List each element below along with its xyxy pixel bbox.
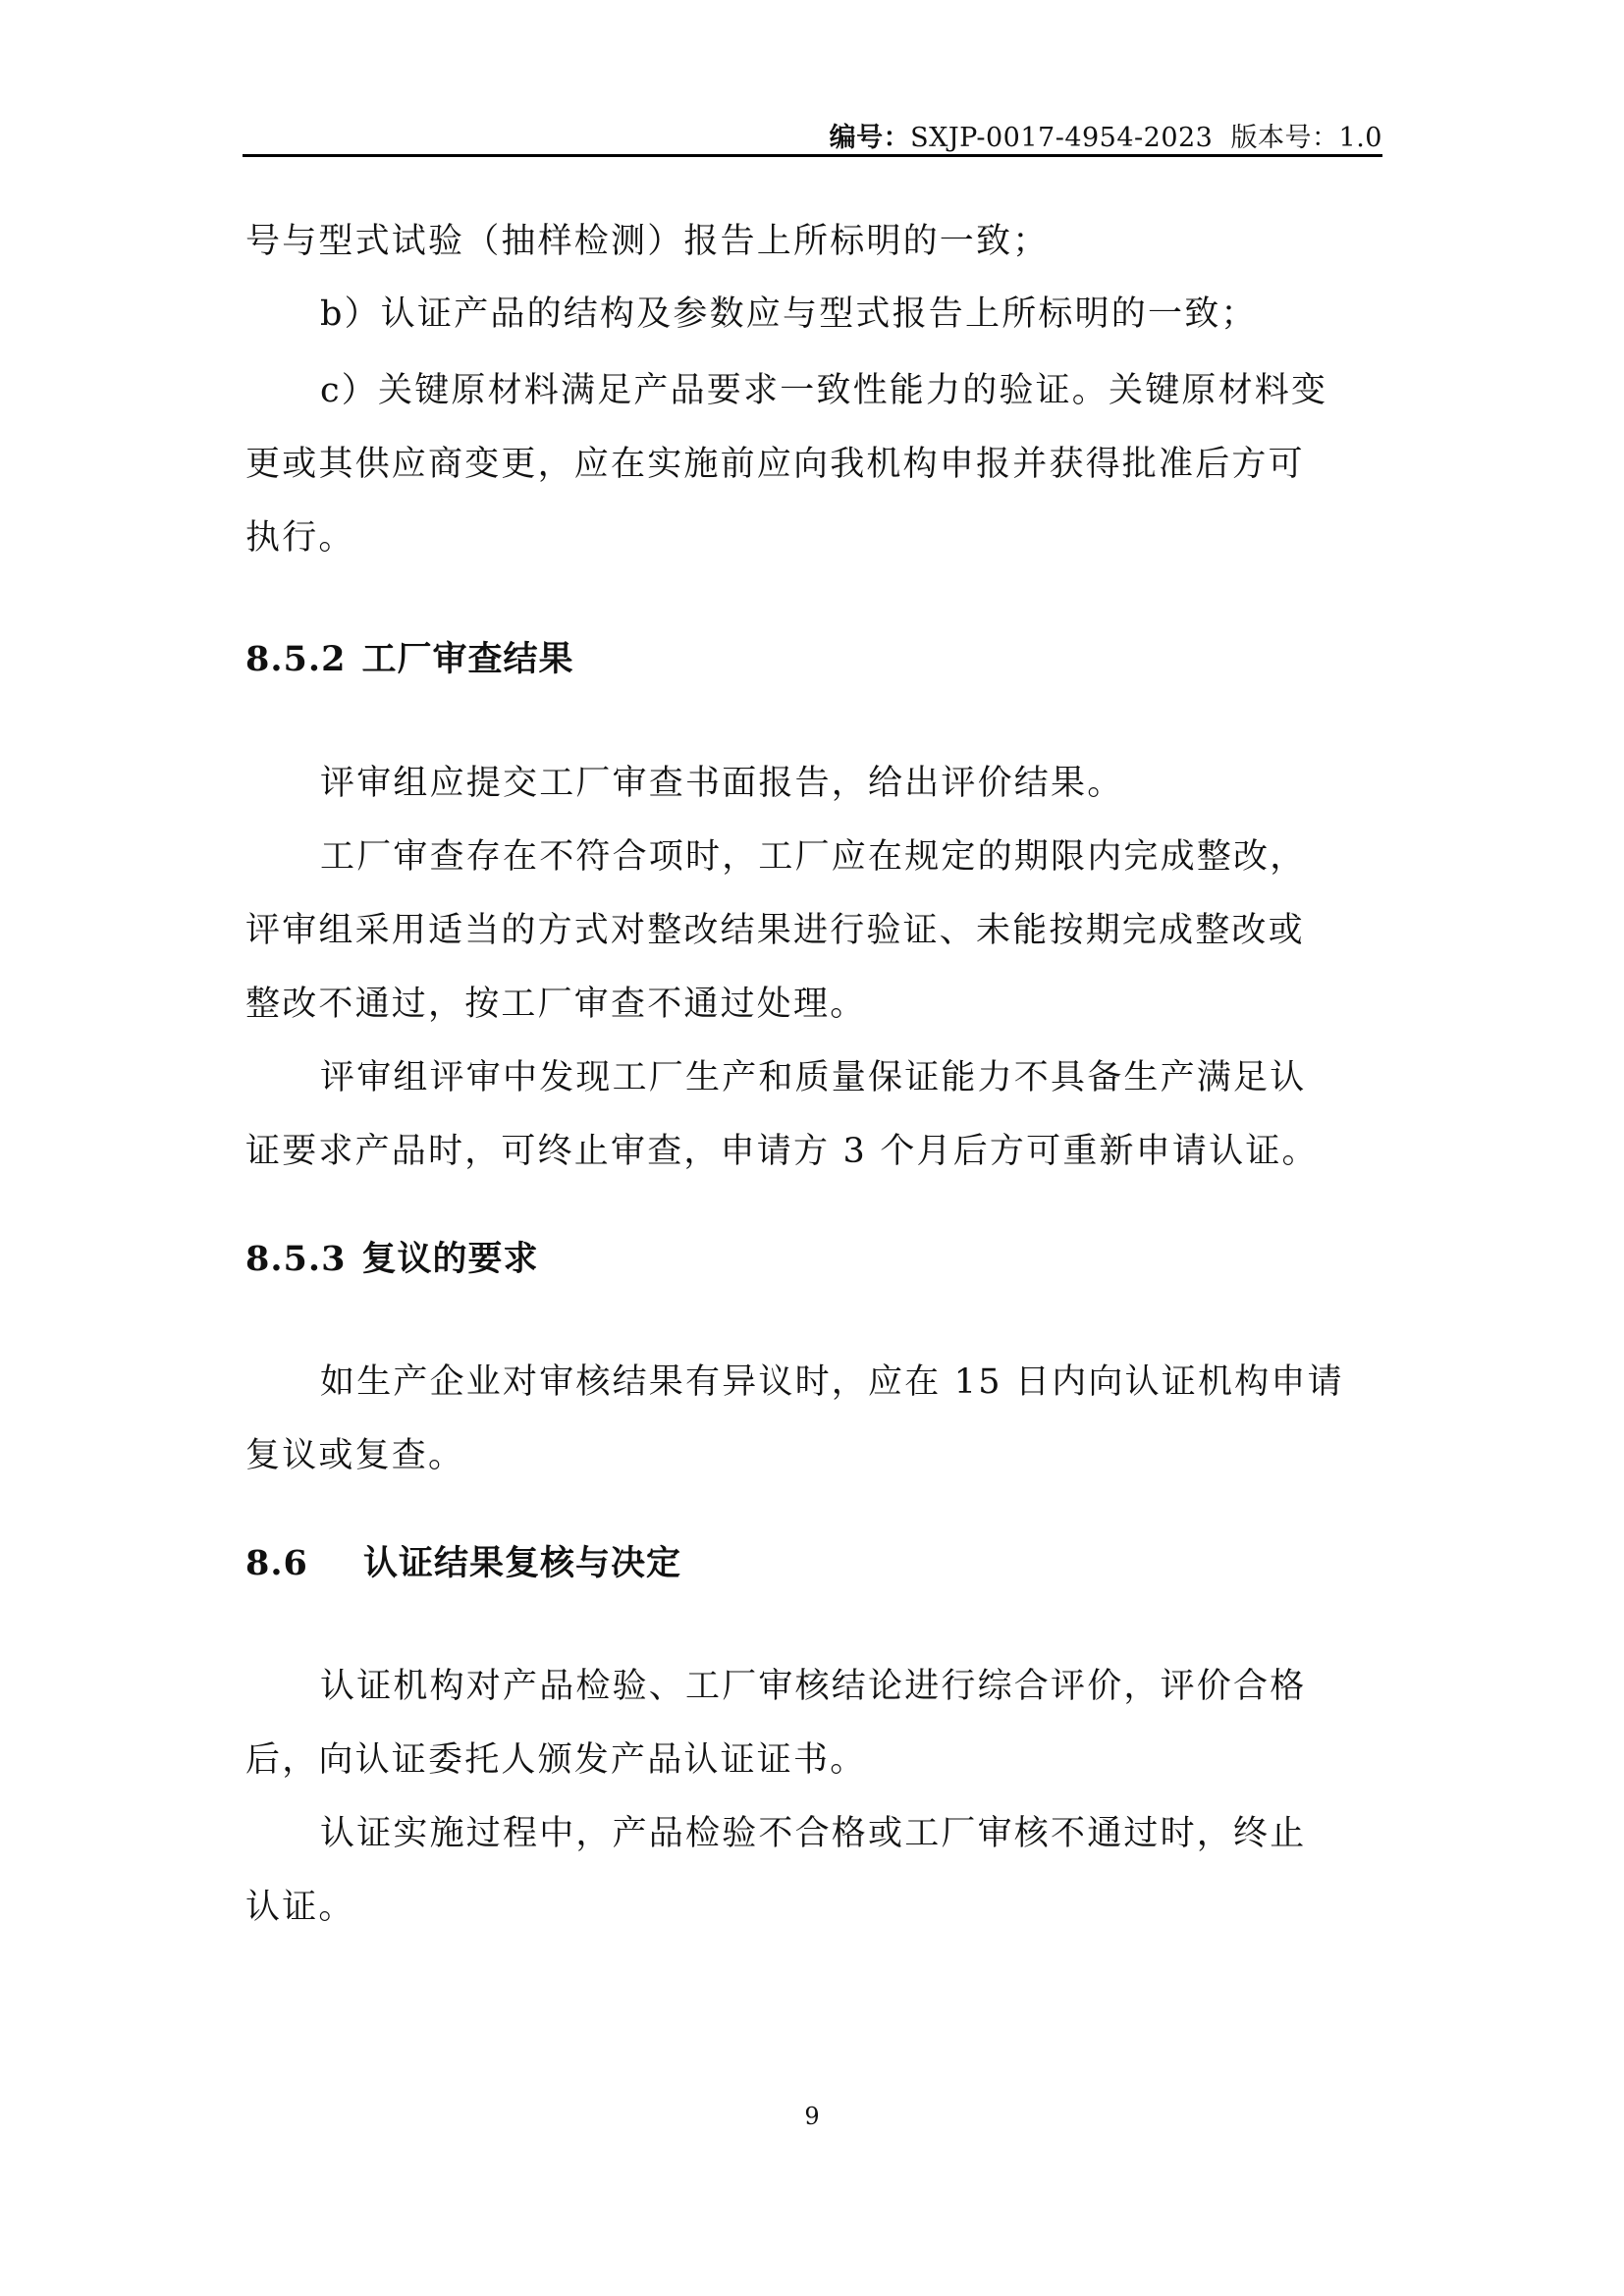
section-title: 认证结果复核与决定 — [363, 1543, 681, 1583]
header-divider — [243, 154, 1382, 157]
paragraph-line: 认证实施过程中，产品检验不合格或工厂审核不通过时，终止 — [320, 1814, 1459, 1853]
paragraph-line: 评审组评审中发现工厂生产和质量保证能力不具备生产满足认 — [320, 1058, 1459, 1097]
section-number: 8.5.3 — [245, 1240, 346, 1279]
body-line: 执行。 — [245, 518, 1384, 558]
paragraph-line: 认证。 — [245, 1888, 1384, 1927]
paragraph-line: 证要求产品时，可终止审查，申请方 3 个月后方可重新申请认证。 — [245, 1132, 1384, 1171]
paragraph-line: 评审组采用适当的方式对整改结果进行验证、未能按期完成整改或 — [245, 911, 1384, 950]
paragraph-line: 工厂审查存在不符合项时，工厂应在规定的期限内完成整改， — [320, 837, 1459, 877]
paragraph-line: 如生产企业对审核结果有异议时，应在 15 日内向认证机构申请 — [320, 1362, 1459, 1402]
section-heading-8-6: 8.6认证结果复核与决定 — [245, 1544, 681, 1583]
section-heading-8-5-2: 8.5.2工厂审查结果 — [245, 640, 573, 679]
section-heading-8-5-3: 8.5.3复议的要求 — [245, 1240, 538, 1279]
code-value: SXJP-0017-4954-2023 — [910, 123, 1213, 153]
section-title: 复议的要求 — [361, 1239, 538, 1279]
version-value: 1.0 — [1339, 123, 1382, 153]
paragraph-line: 复议或复查。 — [245, 1436, 1384, 1475]
paragraph-line: 认证机构对产品检验、工厂审核结论进行综合评价，评价合格 — [320, 1667, 1459, 1706]
section-title: 工厂审查结果 — [361, 639, 573, 679]
body-line: 号与型式试验（抽样检测）报告上所标明的一致； — [245, 222, 1384, 261]
code-label: 编号： — [830, 123, 911, 153]
paragraph-line: 后，向认证委托人颁发产品认证证书。 — [245, 1740, 1384, 1780]
list-item-b: b）认证产品的结构及参数应与型式报告上所标明的一致； — [320, 294, 1459, 334]
paragraph-line: 整改不通过，按工厂审查不通过处理。 — [245, 985, 1384, 1024]
list-item-c: c）关键原材料满足产品要求一致性能力的验证。关键原材料变 — [320, 371, 1459, 410]
section-number: 8.5.2 — [245, 640, 346, 679]
version-label: 版本号： — [1231, 123, 1339, 153]
document-id: 编号：SXJP-0017-4954-2023 版本号：1.0 — [830, 116, 1382, 154]
page-header: 编号：SXJP-0017-4954-2023 版本号：1.0 — [243, 110, 1382, 153]
section-number: 8.6 — [245, 1544, 363, 1583]
page-number: 9 — [0, 2103, 1624, 2130]
paragraph-line: 评审组应提交工厂审查书面报告，给出评价结果。 — [320, 764, 1459, 803]
body-line: 更或其供应商变更，应在实施前应向我机构申报并获得批准后方可 — [245, 445, 1384, 484]
